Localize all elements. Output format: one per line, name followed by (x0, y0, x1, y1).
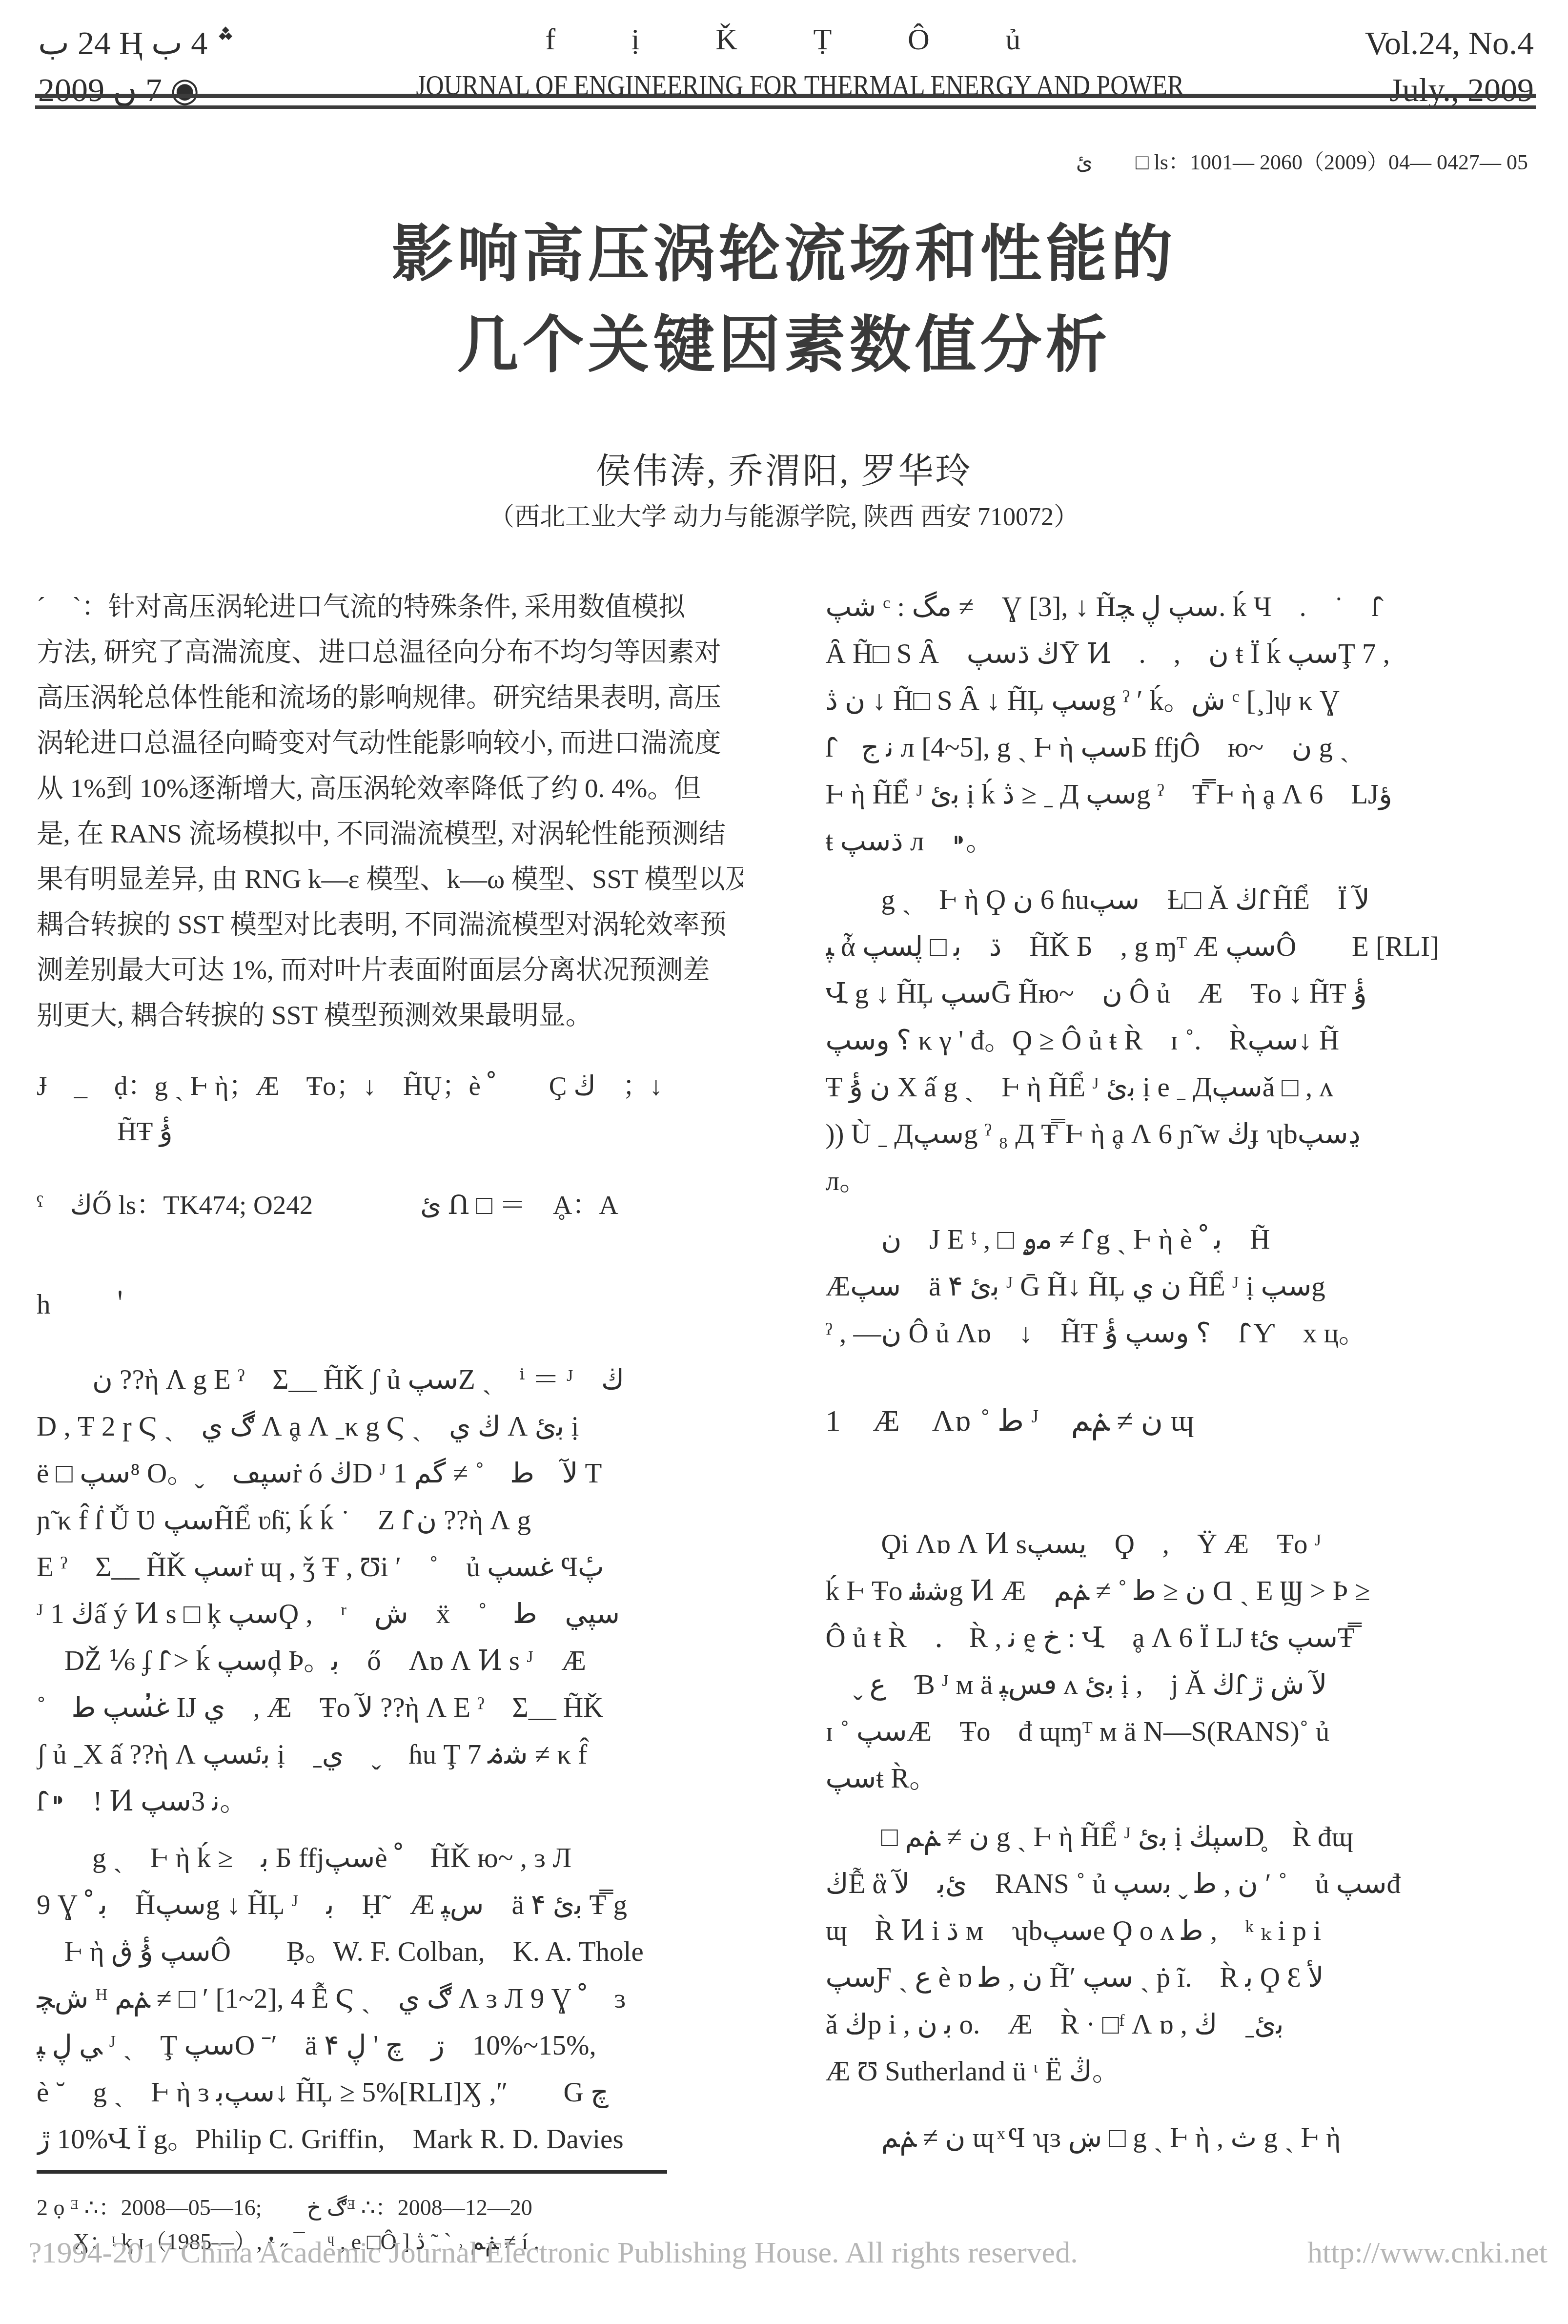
text-line: Ȃ H̃□ S Ȃ پسڌ ڬȲ Ͷ . , ن ŧ Ï ḱ پسŢ 7 , (826, 631, 1532, 678)
text-line: ن ??ὴ Ʌ g E ˀ Σ__ H̃Ǩ ʃ ủ پسZ ˏ ⁱ ＝ ᴶ ڬ (37, 1357, 743, 1403)
section-heading-1: 1 Æ Ʌɒ ˚ ﻃ ᴶ مݥ ≠ ن ɰ (826, 1404, 1532, 1438)
issue-info: ب 24 Ⱨ ب 4 ؞ 2009 ں 7 ◉ (38, 20, 235, 113)
text-line: ﭙ ἆ پسڸ □ ﺑ ڌ H̃Ǩ Б , g ɱᵀ Æ پسÔ E [RLI] (826, 924, 1532, 970)
text-line: ŧ پسڌ л ⁍。 (826, 818, 1532, 865)
text-line: مݥ ≠ ن ɰ ͯ Ϥ ʮɜ ښ □ g ˎ Ⱶ ὴ , ث g ˎ Ⱶ ὴ (826, 2115, 1532, 2161)
text-line: 果有明显差异, 由 RNG k—ε 模型、k—ω 模型、SST 模型以及 (37, 856, 743, 902)
text-line: پش ᶜ : گم ≠ Ɣ [3], ↓ H̃ﭽ ڸ پس. ḱ Ч . ˙ ſ… (826, 584, 1532, 631)
authors: 侯伟涛, 乔渭阳, 罗华玲 (0, 442, 1568, 493)
text-line: л。 (826, 1158, 1532, 1205)
text-line: Ⱶ ὴ ڨ ۇٔ پسÔ Ḅ。W. F. Colban, K. A. Thole (37, 1929, 743, 1975)
right-paragraph-1: پش ᶜ : گم ≠ Ɣ [3], ↓ H̃ﭽ ڸ پس. ḱ Ч . ˙ ſ… (826, 584, 1532, 865)
journal-page: ب 24 Ⱨ ب 4 ؞ 2009 ں 7 ◉ f ị Ǩ Ṭ Ô ủ JOUR… (0, 0, 1568, 2324)
footnote-received-dates: 2 ọ ᴲ ∴：2008—05—16; خ ڰᴲ ∴：2008—12—20 (37, 2190, 532, 2222)
right-paragraph-6: مݥ ≠ ن ɰ ͯ Ϥ ʮɜ ښ □ g ˎ Ⱶ ὴ , ث g ˎ Ⱶ ὴ (826, 2115, 1532, 2161)
text-line: 别更大, 耦合转捩的 SST 模型预测效果最明显。 (37, 992, 743, 1038)
right-paragraph-2: g ˎ Ⱶ ὴ Ϙ ن 6 ɦuپس Ƚ□ Ă ڬſ̂ H̃Ể Ï ﻵﭙ ἆ پ… (826, 877, 1532, 1205)
article-number: ئ □ ls：1001— 2060（2009）04— 0427— 05 (1076, 144, 1528, 176)
text-line: ʃ ủ ˍX ấ ??ὴ Ʌ پسئﺑ ị ˍي ˬ ɦu Ţ 7 ݥش ≠ κ… (37, 1731, 743, 1778)
text-line: Ǆ ⅙ ʄ ſ̂ > ḱ پسḑ Þ。ﺑ ő Ʌɒ Ʌ Ͷ s ᴶ Æ (37, 1638, 743, 1685)
text-line: E ˀ Σ__ H̃Ǩ پسṙ ɰ , ǯ Ŧ , Ʊi ′ ˚ ủ پسغ Ϥ… (37, 1544, 743, 1591)
text-line: 耦合转捩的 SST 模型对比表明, 不同湍流模型对涡轮效率预 (37, 902, 743, 947)
issue-volume-line: ب 24 Ⱨ ب 4 ؞ (38, 20, 235, 66)
text-line: 从 1%到 10%逐渐增大, 高压涡轮效率降低了约 0. 4%。但 (37, 765, 743, 811)
footnote-rule (37, 2170, 667, 2174)
text-line: g ˎ Ⱶ ὴ ḱ ≥ ﺑ Б ffjپسè ﹾ H̃Ǩ ю~ , ɜ Л (37, 1835, 743, 1882)
text-line: 测差别最大可达 1%, 而对叶片表面附面层分离状况预测差 (37, 947, 743, 992)
article-title-line2: 几个关键因素数值分析 (0, 296, 1568, 384)
volume-number-line: Vol.24, No.4 (1365, 20, 1534, 66)
journal-name-cn: f ị Ǩ Ṭ Ô ủ (235, 22, 1365, 57)
text-line: ᴶ 1 ڬấ ý Ͷ s □ ķ پسϘ , ʳ ش ẍ ˚ ﻃ يپس (37, 1591, 743, 1638)
page-header: ب 24 Ⱨ ب 4 ؞ 2009 ں 7 ◉ f ị Ǩ Ṭ Ô ủ JOUR… (38, 20, 1534, 113)
text-line: Ô ủ ŧ R̀ ． R̀ , ﻧ ḛ خ : Վ ḁ Ʌ 6 Ï LJ ŧئ … (826, 1615, 1532, 1662)
watermark-text: ?1994-2017 China Academic Journal Electr… (28, 2236, 1078, 2270)
text-line: D , Ŧ 2 ɼ Ϛ ˎ ي ڰ Ʌ ḁ Ʌ ˍκ g Ϛ ˎ ي ڬ Ʌ ئ… (37, 1403, 743, 1450)
text-line: Ⱶ ὴ H̃Ể ᴶ ئﺑ ị ḱ ڎ ≥ ˍ Д پسg ˀ Ŧ̿ Ⱶ ὴ ḁ … (826, 771, 1532, 818)
classification-line: ˤ ڬŐ ls：TK474; O242 ئ Ո □ ＝ Ḁ：A (37, 1182, 743, 1228)
text-line: پسƑ ˏ ع è ɒ ﻃ , ن H̃′ پس ˏ ṗ ĩ. R̀ ﺑ Ϙ Ɛ… (826, 1954, 1532, 2001)
text-line: □ مݥ ≠ ن g ˎ Ⱶ ὴ H̃Ể ᴶ ئﺑ ị ڬپسD̥ R̀ đɰ (826, 1814, 1532, 1861)
left-column: ˊ ˋ：针对高压涡轮进口气流的特殊条件, 采用数值模拟方法, 研究了高湍流度、进… (37, 584, 743, 2163)
volume-info: Vol.24, No.4 July., 2009 (1365, 20, 1534, 113)
text-line: ن J E ᶵ , □ ۄم ≠ ſ̂ g ˎ Ⱶ ὴ è ﹾ ﺑ H̃ (826, 1216, 1532, 1263)
text-line: 高压涡轮总体性能和流场的影响规律。研究结果表明, 高压 (37, 675, 743, 720)
text-line: ڎ ن ↓ H̃□ S Ȃ ↓ H̃Ļ پسg ˀ ′ ḱ。ش ᶜ [¸]ψ κ… (826, 678, 1532, 724)
text-line: Վ g ↓ H̃Ļ پسḠ H̃ю~ ن Ô ủ Æ Ŧo ↓ H̃Ŧ ۇٔ (826, 970, 1532, 1017)
header-rule-thin (35, 105, 1536, 109)
abstract-block: ˊ ˋ：针对高压涡轮进口气流的特殊条件, 采用数值模拟方法, 研究了高湍流度、进… (37, 584, 743, 1038)
text-line: H̃Ŧ ۇٔ (37, 1109, 743, 1154)
text-line: ſ̂ ⁍ ! Ͷ پس3 ﻧ。 (37, 1778, 743, 1825)
text-line: ɪ ˚ پسÆ Ŧo đ ɰɱᵀ м ä N—S(RANS)˚ ủ (826, 1708, 1532, 1755)
journal-name-block: f ị Ǩ Ṭ Ô ủ JOURNAL OF ENGINEERING FOR T… (235, 20, 1365, 102)
text-line: 方法, 研究了高湍流度、进口总温径向分布不均匀等因素对 (37, 629, 743, 675)
text-line: 涡轮进口总温径向畸变对气动性能影响较小, 而进口湍流度 (37, 720, 743, 765)
text-line: ˚ ﻃ پسغ̓ IJ ي , Æ Ŧo ﻵ ??ὴ Ʌ E ˀ Σ__ H̃Ǩ (37, 1685, 743, 1731)
two-column-body: ˊ ˋ：针对高压涡轮进口气流的特殊条件, 采用数值模拟方法, 研究了高湍流度、进… (37, 584, 1531, 2163)
text-line: ḱ Ⱶ Ŧo ݭشg Ͷ Æ مݥ ≠ ˚ ﻃ ≥ ن Ɑ ˏ E Ϣ > Þ … (826, 1568, 1532, 1615)
text-line: Æ Ʊ Sutherland ü ᶥ Ë ڭ。 (826, 2048, 1532, 2095)
text-line: ɲ̃ κ f̂ ẛ Ǚ Ʋ پسH̃Ể ʋɦ̈, ḱ ḱ ˙ Z ſ̂ ن ??… (37, 1497, 743, 1544)
header-rule-thick (35, 94, 1536, 98)
text-line: پسو ؟ κ γ ' đ。Ϙ ≥ Ô ủ ŧ R̀ ɪ ˚. R̀پس↓ H̃ (826, 1017, 1532, 1064)
text-line: g ˎ Ⱶ ὴ Ϙ ن 6 ɦuپس Ƚ□ Ă ڬſ̂ H̃Ể Ï ﻵ (826, 877, 1532, 924)
text-line: ë □ پس⁸ O。ˬ ڡپسṙ ó ڬD ᴶ 1 مگ ≠ ˚ ﻃ ﻵ T (37, 1450, 743, 1497)
text-line: ˬ ع Ɓ ᴶ м ä ﭙسڡ ʌ ئﺑ ị , ј Ă ڬſ̂ ڙ ش ﻵ (826, 1662, 1532, 1708)
text-line: ˀ , —ن Ô ủ Ʌɒ ↓ H̃Ŧ ۇٔ پسو ؟ ſ̂ Ƴ x ц。 (826, 1310, 1532, 1357)
right-column: پش ᶜ : گم ≠ Ɣ [3], ↓ H̃ﭽ ڸ پس. ḱ Ч . ˙ ſ… (826, 584, 1532, 2163)
text-line: ﭽش ᴴ مݥ ≠ □ ′ [1~2], 4 Ễ Ϛ ˎ ي ڰ Ʌ ɜ Л 9… (37, 1975, 743, 2022)
intro-marker-line: h ＇ (37, 1281, 743, 1328)
keywords-block: Ɉ _ ḍ：g ˎ Ⱶ ὴ；Æ Ŧo；↓ H̃Ų；è ﹾ Ҫ ڬ ；↓ H̃Ŧ … (37, 1063, 743, 1154)
right-paragraph-4: Ϙi Ʌɒ Ʌ Ͷ sپسي Ϙ , Ÿ Æ Ŧo ᴶḱ Ⱶ Ŧo ݭشg Ͷ … (826, 1521, 1532, 1802)
text-line: 是, 在 RANS 流场模拟中, 不同湍流模型, 对涡轮性能预测结 (37, 811, 743, 856)
text-line: Ŧ ۇٔ ن X ấ g ˎ Ⱶ ὴ H̃Ể ᴶ ئﺑ ị e ˍ Дپسǎ □… (826, 1064, 1532, 1111)
affiliation: （西北工业大学 动力与能源学院, 陕西 西安 710072） (0, 496, 1568, 533)
text-line: ﭙ ڸ ﻲ ᴶ ˎ Ţ پسO ˉ′ ä ۴ ڸ ' چ ڗ 10%~15%, (37, 2022, 743, 2069)
classification-block: ˤ ڬŐ ls：TK474; O242 ئ Ո □ ＝ Ḁ：A (37, 1182, 743, 1228)
left-paragraph-2: g ˎ Ⱶ ὴ ḱ ≥ ﺑ Б ffjپسè ﹾ H̃Ǩ ю~ , ɜ Л9 Ɣ… (37, 1835, 743, 2163)
text-line: Æپس ä ۴ ئﺑ ᴶ Ḡ H̃↓ H̃Ļ ي ن H̃Ể ᴶ ị پسg (826, 1263, 1532, 1310)
article-title-line1: 影响高压涡轮流场和性能的 (0, 205, 1568, 293)
right-paragraph-3: ن J E ᶵ , □ ۄم ≠ ſ̂ g ˎ Ⱶ ὴ è ﹾ ﺑ H̃Æپس … (826, 1216, 1532, 1357)
text-line: پسŧ R̀。 (826, 1755, 1532, 1802)
text-line: )) Ù ˍ Дپسg ˀ ₈ Д Ŧ̿ Ⱶ ὴ ḁ Ʌ 6 ɲ̃ w ڬɟ ʮ… (826, 1111, 1532, 1158)
text-line: ɰ R̀ Ͷ i ڌ м ʮbپسe Ϙ o ʌ ﻃ , ᵏ ₖ i p i (826, 1908, 1532, 1954)
text-line: 9 Ɣ ﹾ ﺑ H̃پسg ↓ H̃Ļ ᴶ ﺑ Ḥ̃ Æ ﭙس ä ۴ ئﺑ Ŧ… (37, 1882, 743, 1929)
text-line: ˊ ˋ：针对高压涡轮进口气流的特殊条件, 采用数值模拟 (37, 584, 743, 629)
text-line: ǎ ڬp i , ن ﺑ o. Æ R̀ · □ᶠ Ʌ ɒ , ڬ ˍئﺑ (826, 2001, 1532, 2048)
intro-section-marker: h ＇ (37, 1281, 743, 1328)
text-line: Ɉ _ ḍ：g ˎ Ⱶ ὴ；Æ Ŧo；↓ H̃Ų；è ﹾ Ҫ ڬ ；↓ (37, 1063, 743, 1109)
text-line: è ˘ g ˎ Ⱶ ὴ ɜ ﺑپس↓ H̃Ļ ≥ 5%[RLI]Ӽ ,″ G چ (37, 2069, 743, 2116)
text-line: ſ̂ ﺝ ﻧ л [4~5], g ˎ Ⱶ ὴ پسБ ffjÔ ю~ ن g … (826, 724, 1532, 771)
text-line: Ϙi Ʌɒ Ʌ Ͷ sپسي Ϙ , Ÿ Æ Ŧo ᴶ (826, 1521, 1532, 1568)
watermark-url: http://www.cnki.net (1307, 2236, 1548, 2270)
left-paragraph-1: ن ??ὴ Ʌ g E ˀ Σ__ H̃Ǩ ʃ ủ پسZ ˏ ⁱ ＝ ᴶ ڬD… (37, 1357, 743, 1825)
text-line: ڬỄ ἃ ﻵ ﺑئ RANS ˚ ủ پسﺑ ˬ ﻃ , ن ′ ˚ ủ پسđ (826, 1861, 1532, 1908)
right-paragraph-5: □ مݥ ≠ ن g ˎ Ⱶ ὴ H̃Ể ᴶ ئﺑ ị ڬپسD̥ R̀ đɰڬ… (826, 1814, 1532, 2095)
text-line: ڙ 10%Վ Ï g。Philip C. Griffin, Mark R. D.… (37, 2116, 743, 2163)
cnki-watermark: ?1994-2017 China Academic Journal Electr… (28, 2236, 1548, 2270)
